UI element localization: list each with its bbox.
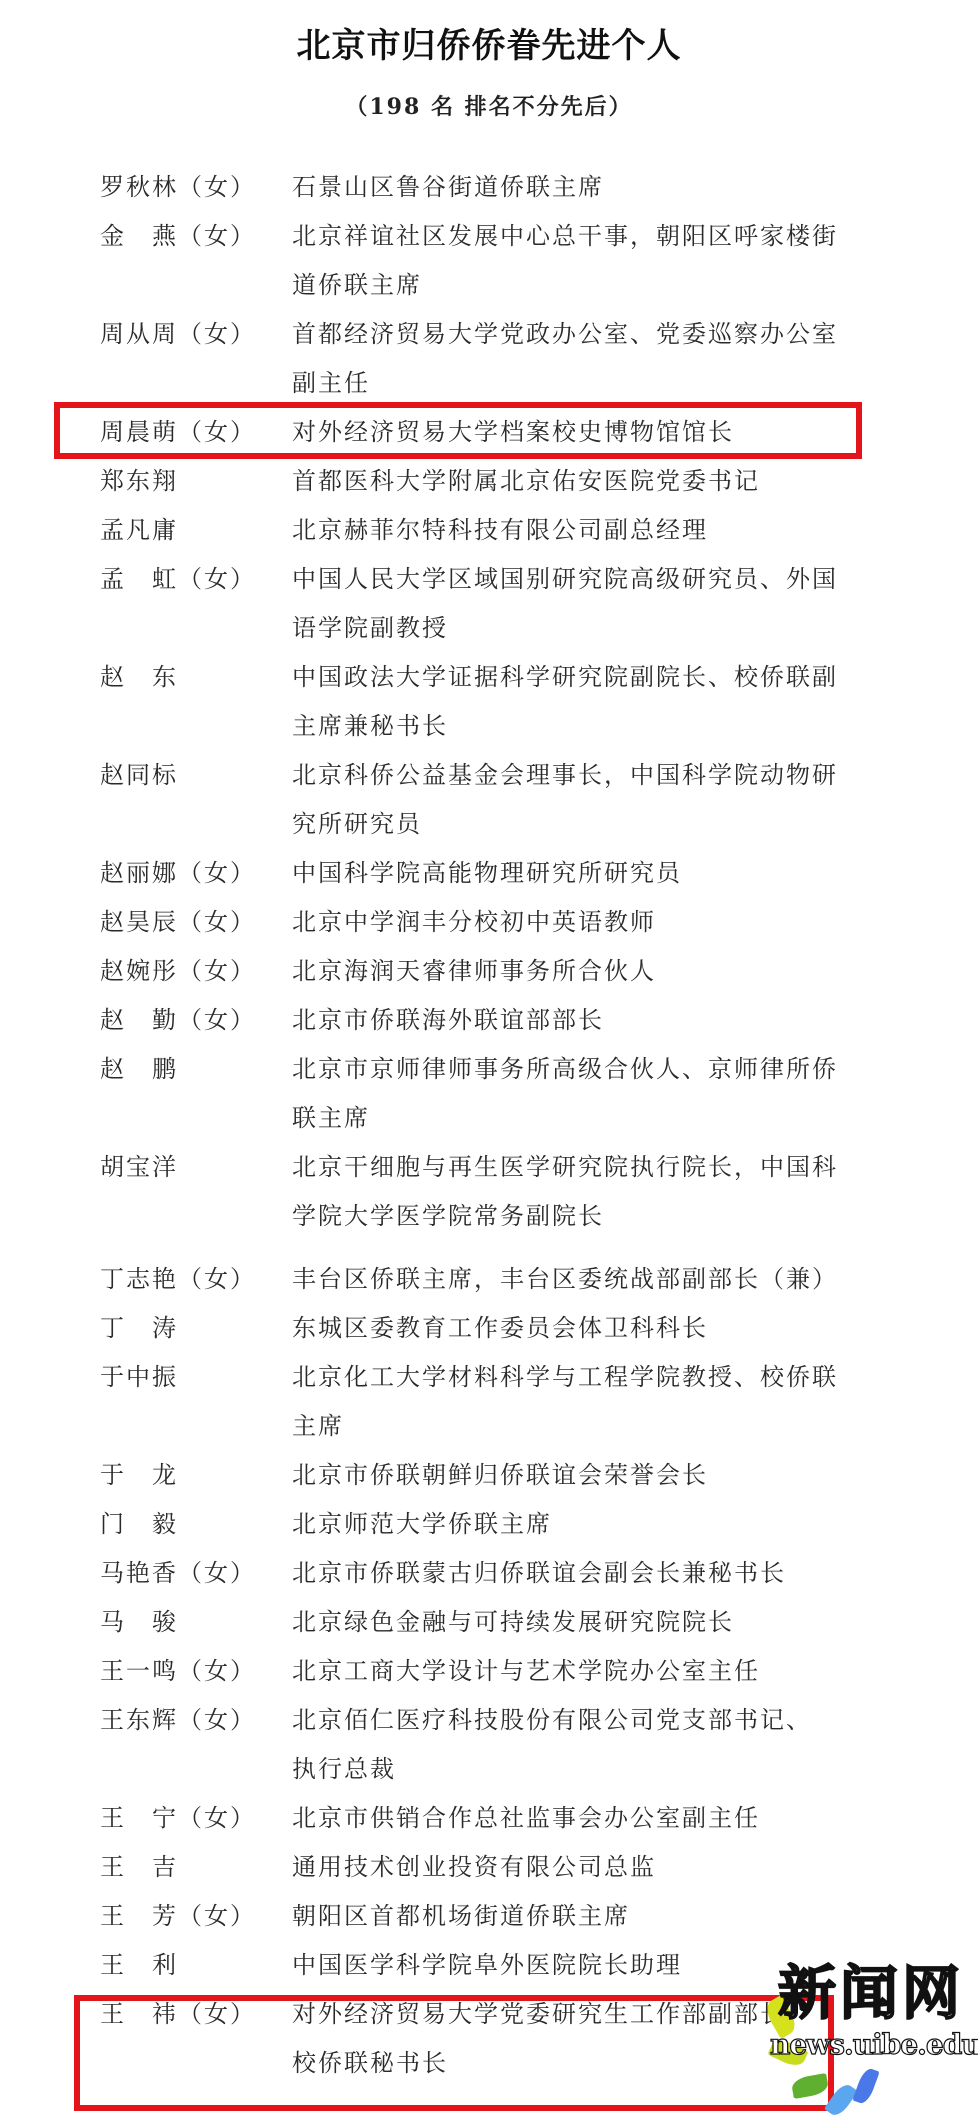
person-position: 北京市侨联海外联谊部部长 (292, 996, 862, 1045)
list-item: 赵 东中国政法大学证据科学研究院副院长、校侨联副 主席兼秘书长 (100, 653, 880, 751)
person-name: 于中振 (100, 1353, 292, 1402)
person-position: 北京市京师律师事务所高级合伙人、京师律所侨 联主席 (292, 1045, 862, 1143)
person-name: 王 吉 (100, 1843, 292, 1892)
person-position: 北京赫菲尔特科技有限公司副总经理 (292, 506, 862, 555)
person-position: 北京海润天睿律师事务所合伙人 (292, 947, 862, 996)
person-name: 赵 鹏 (100, 1045, 292, 1094)
person-name: 罗秋林（女） (100, 163, 292, 212)
document-subtitle: （198 名 排名不分先后） (0, 90, 978, 121)
person-name: 周从周（女） (100, 310, 292, 359)
person-position: 北京佰仁医疗科技股份有限公司党支部书记、 执行总裁 (292, 1696, 862, 1794)
person-position: 北京科侨公益基金会理事长，中国科学院动物研 究所研究员 (292, 751, 862, 849)
person-position: 北京市侨联朝鲜归侨联谊会荣誉会长 (292, 1451, 862, 1500)
list-item: 王 芳（女）朝阳区首都机场街道侨联主席 (100, 1892, 880, 1941)
person-position: 丰台区侨联主席，丰台区委统战部副部长（兼） (292, 1255, 862, 1304)
person-name: 丁志艳（女） (100, 1255, 292, 1304)
list-item: 王东辉（女）北京佰仁医疗科技股份有限公司党支部书记、 执行总裁 (100, 1696, 880, 1794)
person-position: 东城区委教育工作委员会体卫科科长 (292, 1304, 862, 1353)
person-position: 中国科学院高能物理研究所研究员 (292, 849, 862, 898)
person-position: 对外经济贸易大学档案校史博物馆馆长 (292, 408, 862, 457)
list-item: 王 吉通用技术创业投资有限公司总监 (100, 1843, 880, 1892)
list-item: 罗秋林（女）石景山区鲁谷街道侨联主席 (100, 163, 880, 212)
leaf-icon (852, 2066, 879, 2105)
person-name: 周晨萌（女） (100, 408, 292, 457)
person-name: 赵丽娜（女） (100, 849, 292, 898)
list-item: 马艳香（女）北京市侨联蒙古归侨联谊会副会长兼秘书长 (100, 1549, 880, 1598)
person-position: 北京市侨联蒙古归侨联谊会副会长兼秘书长 (292, 1549, 862, 1598)
person-position: 北京祥谊社区发展中心总干事，朝阳区呼家楼街 道侨联主席 (292, 212, 862, 310)
person-position: 北京中学润丰分校初中英语教师 (292, 898, 862, 947)
person-name: 马艳香（女） (100, 1549, 292, 1598)
person-position: 通用技术创业投资有限公司总监 (292, 1843, 862, 1892)
list-item: 赵 勤（女）北京市侨联海外联谊部部长 (100, 996, 880, 1045)
person-name: 门 毅 (100, 1500, 292, 1549)
watermark-site-name: 新闻网 (778, 1958, 964, 2028)
person-position: 中国政法大学证据科学研究院副院长、校侨联副 主席兼秘书长 (292, 653, 862, 751)
list-item: 赵丽娜（女）中国科学院高能物理研究所研究员 (100, 849, 880, 898)
list-item: 马 骏北京绿色金融与可持续发展研究院院长 (100, 1598, 880, 1647)
person-name: 于 龙 (100, 1451, 292, 1500)
person-position: 首都医科大学附属北京佑安医院党委书记 (292, 457, 862, 506)
list-item: 赵同标北京科侨公益基金会理事长，中国科学院动物研 究所研究员 (100, 751, 880, 849)
list-item: 王 宁（女）北京市供销合作总社监事会办公室副主任 (100, 1794, 880, 1843)
person-name: 马 骏 (100, 1598, 292, 1647)
list-item: 王一鸣（女）北京工商大学设计与艺术学院办公室主任 (100, 1647, 880, 1696)
person-name: 王 芳（女） (100, 1892, 292, 1941)
person-position: 北京师范大学侨联主席 (292, 1500, 862, 1549)
list-item-highlighted: 周晨萌（女）对外经济贸易大学档案校史博物馆馆长 (100, 408, 880, 457)
leaf-icon (791, 2073, 830, 2099)
person-name: 郑东翔 (100, 457, 292, 506)
list-item: 周从周（女）首都经济贸易大学党政办公室、党委巡察办公室 副主任 (100, 310, 880, 408)
list-item: 赵昊辰（女）北京中学润丰分校初中英语教师 (100, 898, 880, 947)
list-item: 赵 鹏北京市京师律师事务所高级合伙人、京师律所侨 联主席 (100, 1045, 880, 1143)
person-name: 赵 东 (100, 653, 292, 702)
person-position: 北京工商大学设计与艺术学院办公室主任 (292, 1647, 862, 1696)
list-item: 丁志艳（女）丰台区侨联主席，丰台区委统战部副部长（兼） (100, 1255, 880, 1304)
watermark-logo: 新闻网 news.uibe.edu.cn (740, 1958, 978, 2118)
person-name: 胡宝洋 (100, 1143, 292, 1192)
list-item: 郑东翔首都医科大学附属北京佑安医院党委书记 (100, 457, 880, 506)
person-position: 北京绿色金融与可持续发展研究院院长 (292, 1598, 862, 1647)
person-position: 北京化工大学材料科学与工程学院教授、校侨联 主席 (292, 1353, 862, 1451)
person-name: 王一鸣（女） (100, 1647, 292, 1696)
person-name: 赵 勤（女） (100, 996, 292, 1045)
awardee-list: 罗秋林（女）石景山区鲁谷街道侨联主席 金 燕（女）北京祥谊社区发展中心总干事，朝… (100, 163, 880, 2088)
document-title: 北京市归侨侨眷先进个人 (0, 18, 978, 67)
person-name: 赵同标 (100, 751, 292, 800)
list-item: 于 龙北京市侨联朝鲜归侨联谊会荣誉会长 (100, 1451, 880, 1500)
person-position: 北京干细胞与再生医学研究院执行院长，中国科 学院大学医学院常务副院长 (292, 1143, 862, 1241)
list-item: 金 燕（女）北京祥谊社区发展中心总干事，朝阳区呼家楼街 道侨联主席 (100, 212, 880, 310)
person-name: 赵昊辰（女） (100, 898, 292, 947)
person-name: 金 燕（女） (100, 212, 292, 261)
list-item: 门 毅北京师范大学侨联主席 (100, 1500, 880, 1549)
list-item: 于中振北京化工大学材料科学与工程学院教授、校侨联 主席 (100, 1353, 880, 1451)
person-name: 孟凡庸 (100, 506, 292, 555)
person-position: 北京市供销合作总社监事会办公室副主任 (292, 1794, 862, 1843)
list-item: 孟凡庸北京赫菲尔特科技有限公司副总经理 (100, 506, 880, 555)
list-item: 孟 虹（女）中国人民大学区域国别研究院高级研究员、外国 语学院副教授 (100, 555, 880, 653)
person-name: 丁 涛 (100, 1304, 292, 1353)
person-name: 王 利 (100, 1941, 292, 1990)
person-position: 朝阳区首都机场街道侨联主席 (292, 1892, 862, 1941)
person-name: 赵婉彤（女） (100, 947, 292, 996)
person-name: 孟 虹（女） (100, 555, 292, 604)
list-item: 胡宝洋北京干细胞与再生医学研究院执行院长，中国科 学院大学医学院常务副院长 (100, 1143, 880, 1241)
list-item: 丁 涛东城区委教育工作委员会体卫科科长 (100, 1304, 880, 1353)
list-item: 赵婉彤（女）北京海润天睿律师事务所合伙人 (100, 947, 880, 996)
watermark-url: news.uibe.edu.cn (770, 2028, 978, 2061)
person-name: 王 宁（女） (100, 1794, 292, 1843)
person-name: 王 祎（女） (100, 1990, 292, 2039)
person-position: 首都经济贸易大学党政办公室、党委巡察办公室 副主任 (292, 310, 862, 408)
person-name: 王东辉（女） (100, 1696, 292, 1745)
person-position: 中国人民大学区域国别研究院高级研究员、外国 语学院副教授 (292, 555, 862, 653)
person-position: 石景山区鲁谷街道侨联主席 (292, 163, 862, 212)
